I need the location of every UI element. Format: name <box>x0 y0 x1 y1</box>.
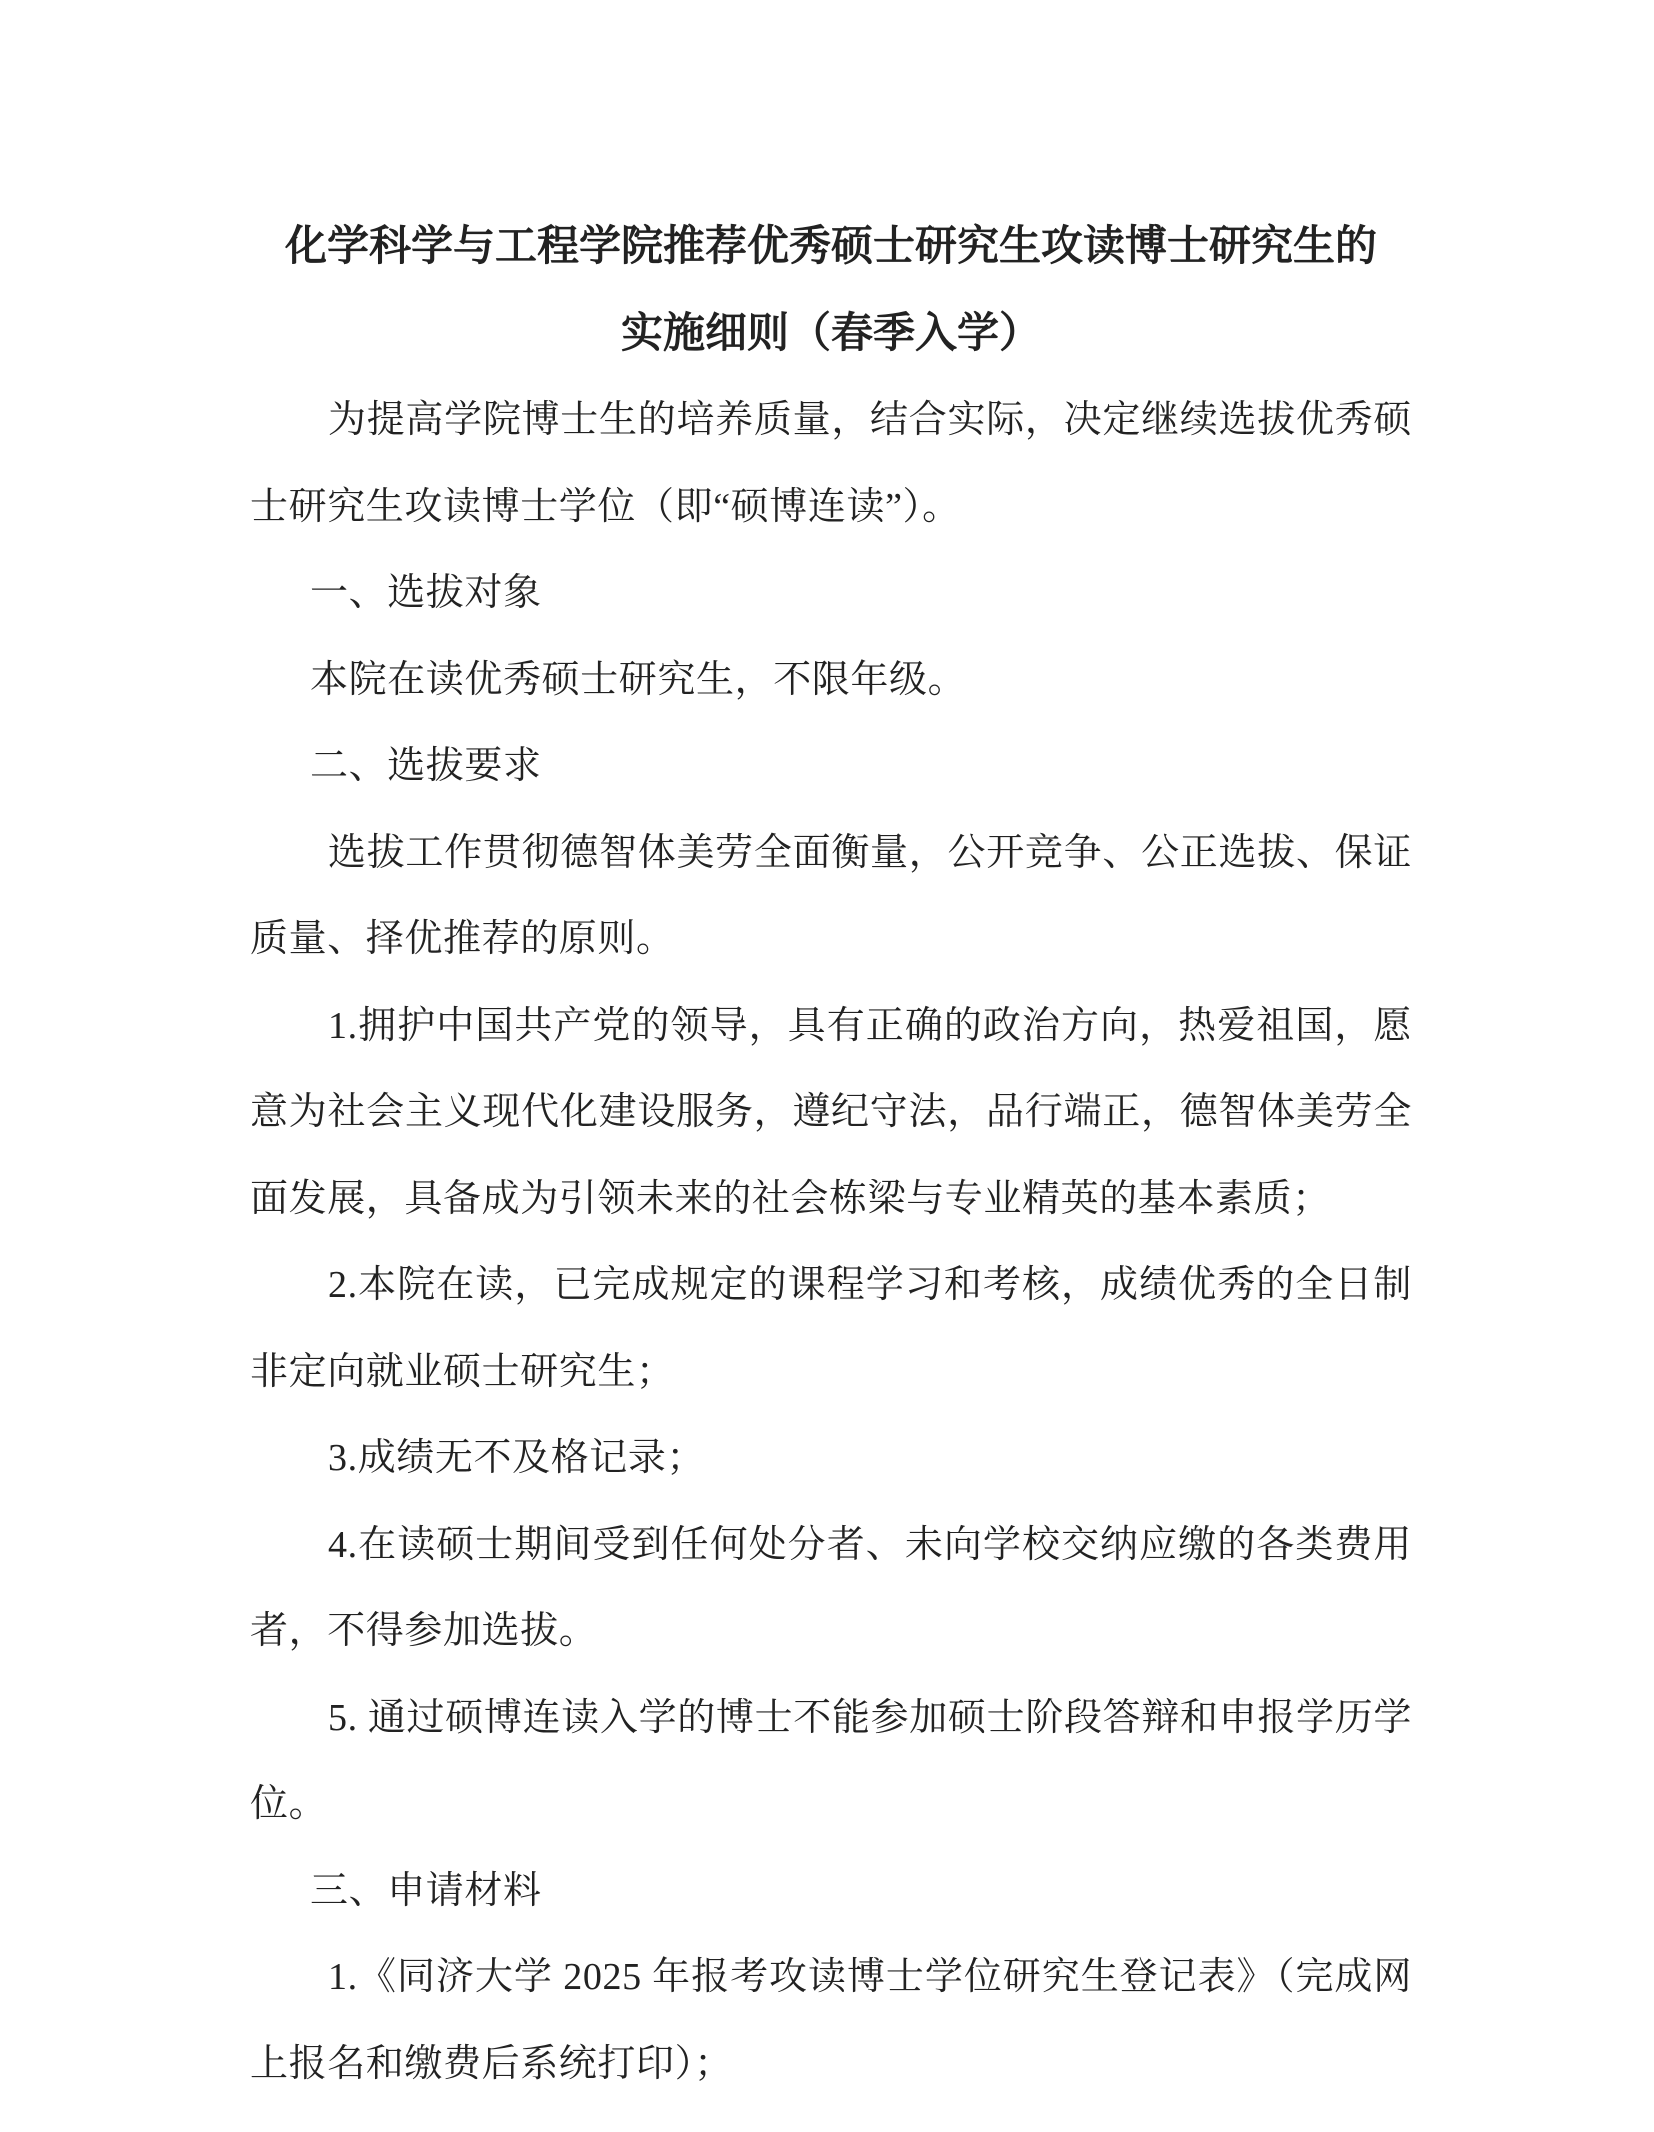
section-2-heading: 二、选拔要求 <box>250 723 1412 810</box>
document-page: 化学科学与工程学院推荐优秀硕士研究生攻读博士研究生的 实施细则（春季入学） 为提… <box>0 0 1654 2132</box>
requirement-item-2: 2.本院在读，已完成规定的课程学习和考核，成绩优秀的全日制非定向就业硕士研究生； <box>250 1242 1412 1415</box>
requirement-item-3: 3.成绩无不及格记录； <box>250 1415 1412 1502</box>
section-2-intro-paragraph: 选拔工作贯彻德智体美劳全面衡量，公开竞争、公正选拔、保证质量、择优推荐的原则。 <box>250 810 1412 983</box>
intro-paragraph: 为提高学院博士生的培养质量，结合实际，决定继续选拔优秀硕士研究生攻读博士学位（即… <box>250 377 1412 550</box>
requirement-item-1: 1.拥护中国共产党的领导，具有正确的政治方向，热爱祖国，愿意为社会主义现代化建设… <box>250 983 1412 1243</box>
section-1-heading: 一、选拔对象 <box>250 550 1412 637</box>
application-material-item-1: 1.《同济大学 2025 年报考攻读博士学位研究生登记表》（完成网上报名和缴费后… <box>250 1934 1412 2107</box>
section-3-heading: 三、申请材料 <box>250 1848 1412 1935</box>
document-content: 化学科学与工程学院推荐优秀硕士研究生攻读博士研究生的 实施细则（春季入学） 为提… <box>250 204 1412 2107</box>
requirement-item-5: 5. 通过硕博连读入学的博士不能参加硕士阶段答辩和申报学历学位。 <box>250 1675 1412 1848</box>
document-title-line1: 化学科学与工程学院推荐优秀硕士研究生攻读博士研究生的 <box>250 204 1412 291</box>
document-title: 化学科学与工程学院推荐优秀硕士研究生攻读博士研究生的 实施细则（春季入学） <box>250 204 1412 377</box>
document-title-line2: 实施细则（春季入学） <box>250 291 1412 378</box>
section-1-body: 本院在读优秀硕士研究生，不限年级。 <box>250 637 1412 724</box>
requirement-item-4: 4.在读硕士期间受到任何处分者、未向学校交纳应缴的各类费用者，不得参加选拔。 <box>250 1502 1412 1675</box>
